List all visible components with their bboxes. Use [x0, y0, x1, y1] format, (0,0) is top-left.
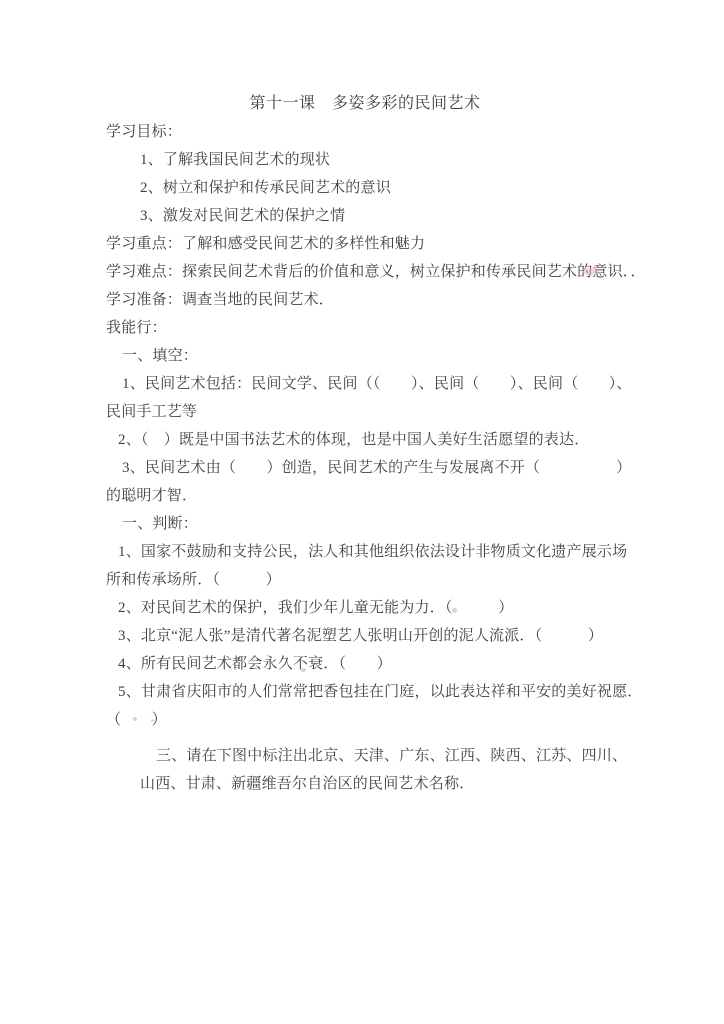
fill-blank-q1: 1、民间艺术包括：民间文学、民间（（ ）、民间（ ）、民间（ ）、	[106, 370, 624, 398]
judgment-q5: 5、甘肃省庆阳市的人们常常把香包挂在门庭，以此表达祥和平安的美好祝愿．	[106, 678, 624, 706]
judgment-q1: 1、国家不鼓励和支持公民，法人和其他组织依法设计非物质文化遗产展示场	[106, 538, 624, 566]
task3-line1: 三、请在下图中标注出北京、天津、广东、江西、陕西、江苏、四川、	[106, 742, 624, 770]
objectives-heading: 学习目标：	[106, 118, 624, 146]
fill-blank-q1-cont: 民间手工艺等	[106, 398, 624, 426]
fill-blank-q3: 3、民间艺术由（ ）创造，民间艺术的产生与发展离不开（ ）	[106, 454, 624, 482]
objective-item-2: 2、树立和保护和传承民间艺术的意识	[106, 174, 624, 202]
i-can-do-heading: 我能行：	[106, 314, 624, 342]
document-page: 第十一课 多姿多彩的民间艺术 学习目标： 1、了解我国民间艺术的现状 2、树立和…	[0, 0, 724, 1024]
judgment-q3: 3、北京“泥人张”是清代著名泥塑艺人张明山开创的泥人流派．（ ）	[106, 622, 624, 650]
judgment-q4: 4、所有民间艺术都会永久不衰．（ ）	[106, 650, 624, 678]
objective-item-1: 1、了解我国民间艺术的现状	[106, 146, 624, 174]
objective-item-3: 3、激发对民间艺术的保护之情	[106, 202, 624, 230]
judgment-heading: 一、判断：	[106, 510, 624, 538]
fill-blank-heading: 一、填空：	[106, 342, 624, 370]
judgment-q5-cont: （ ）	[106, 706, 624, 734]
fill-blank-q3-cont: 的聪明才智．	[106, 482, 624, 510]
judgment-q1-cont: 所和传承场所．（ ）	[106, 566, 624, 594]
key-point-line: 学习重点：了解和感受民间艺术的多样性和魅力	[106, 230, 624, 258]
task3-line2: 山西、甘肃、新疆维吾尔自治区的民间艺术名称．	[106, 770, 624, 798]
judgment-q2: 2、对民间艺术的保护，我们少年儿童无能为力．（ ）	[106, 594, 624, 622]
doc-title: 第十一课 多姿多彩的民间艺术	[106, 90, 624, 118]
preparation-line: 学习准备：调查当地的民间艺术．	[106, 286, 624, 314]
difficulty-line: 学习难点：探索民间艺术背后的价值和意义，树立保护和传承民间艺术的意识．．	[106, 258, 624, 286]
fill-blank-q2: 2、（ ）既是中国书法艺术的体现，也是中国人美好生活愿望的表达．	[106, 426, 624, 454]
